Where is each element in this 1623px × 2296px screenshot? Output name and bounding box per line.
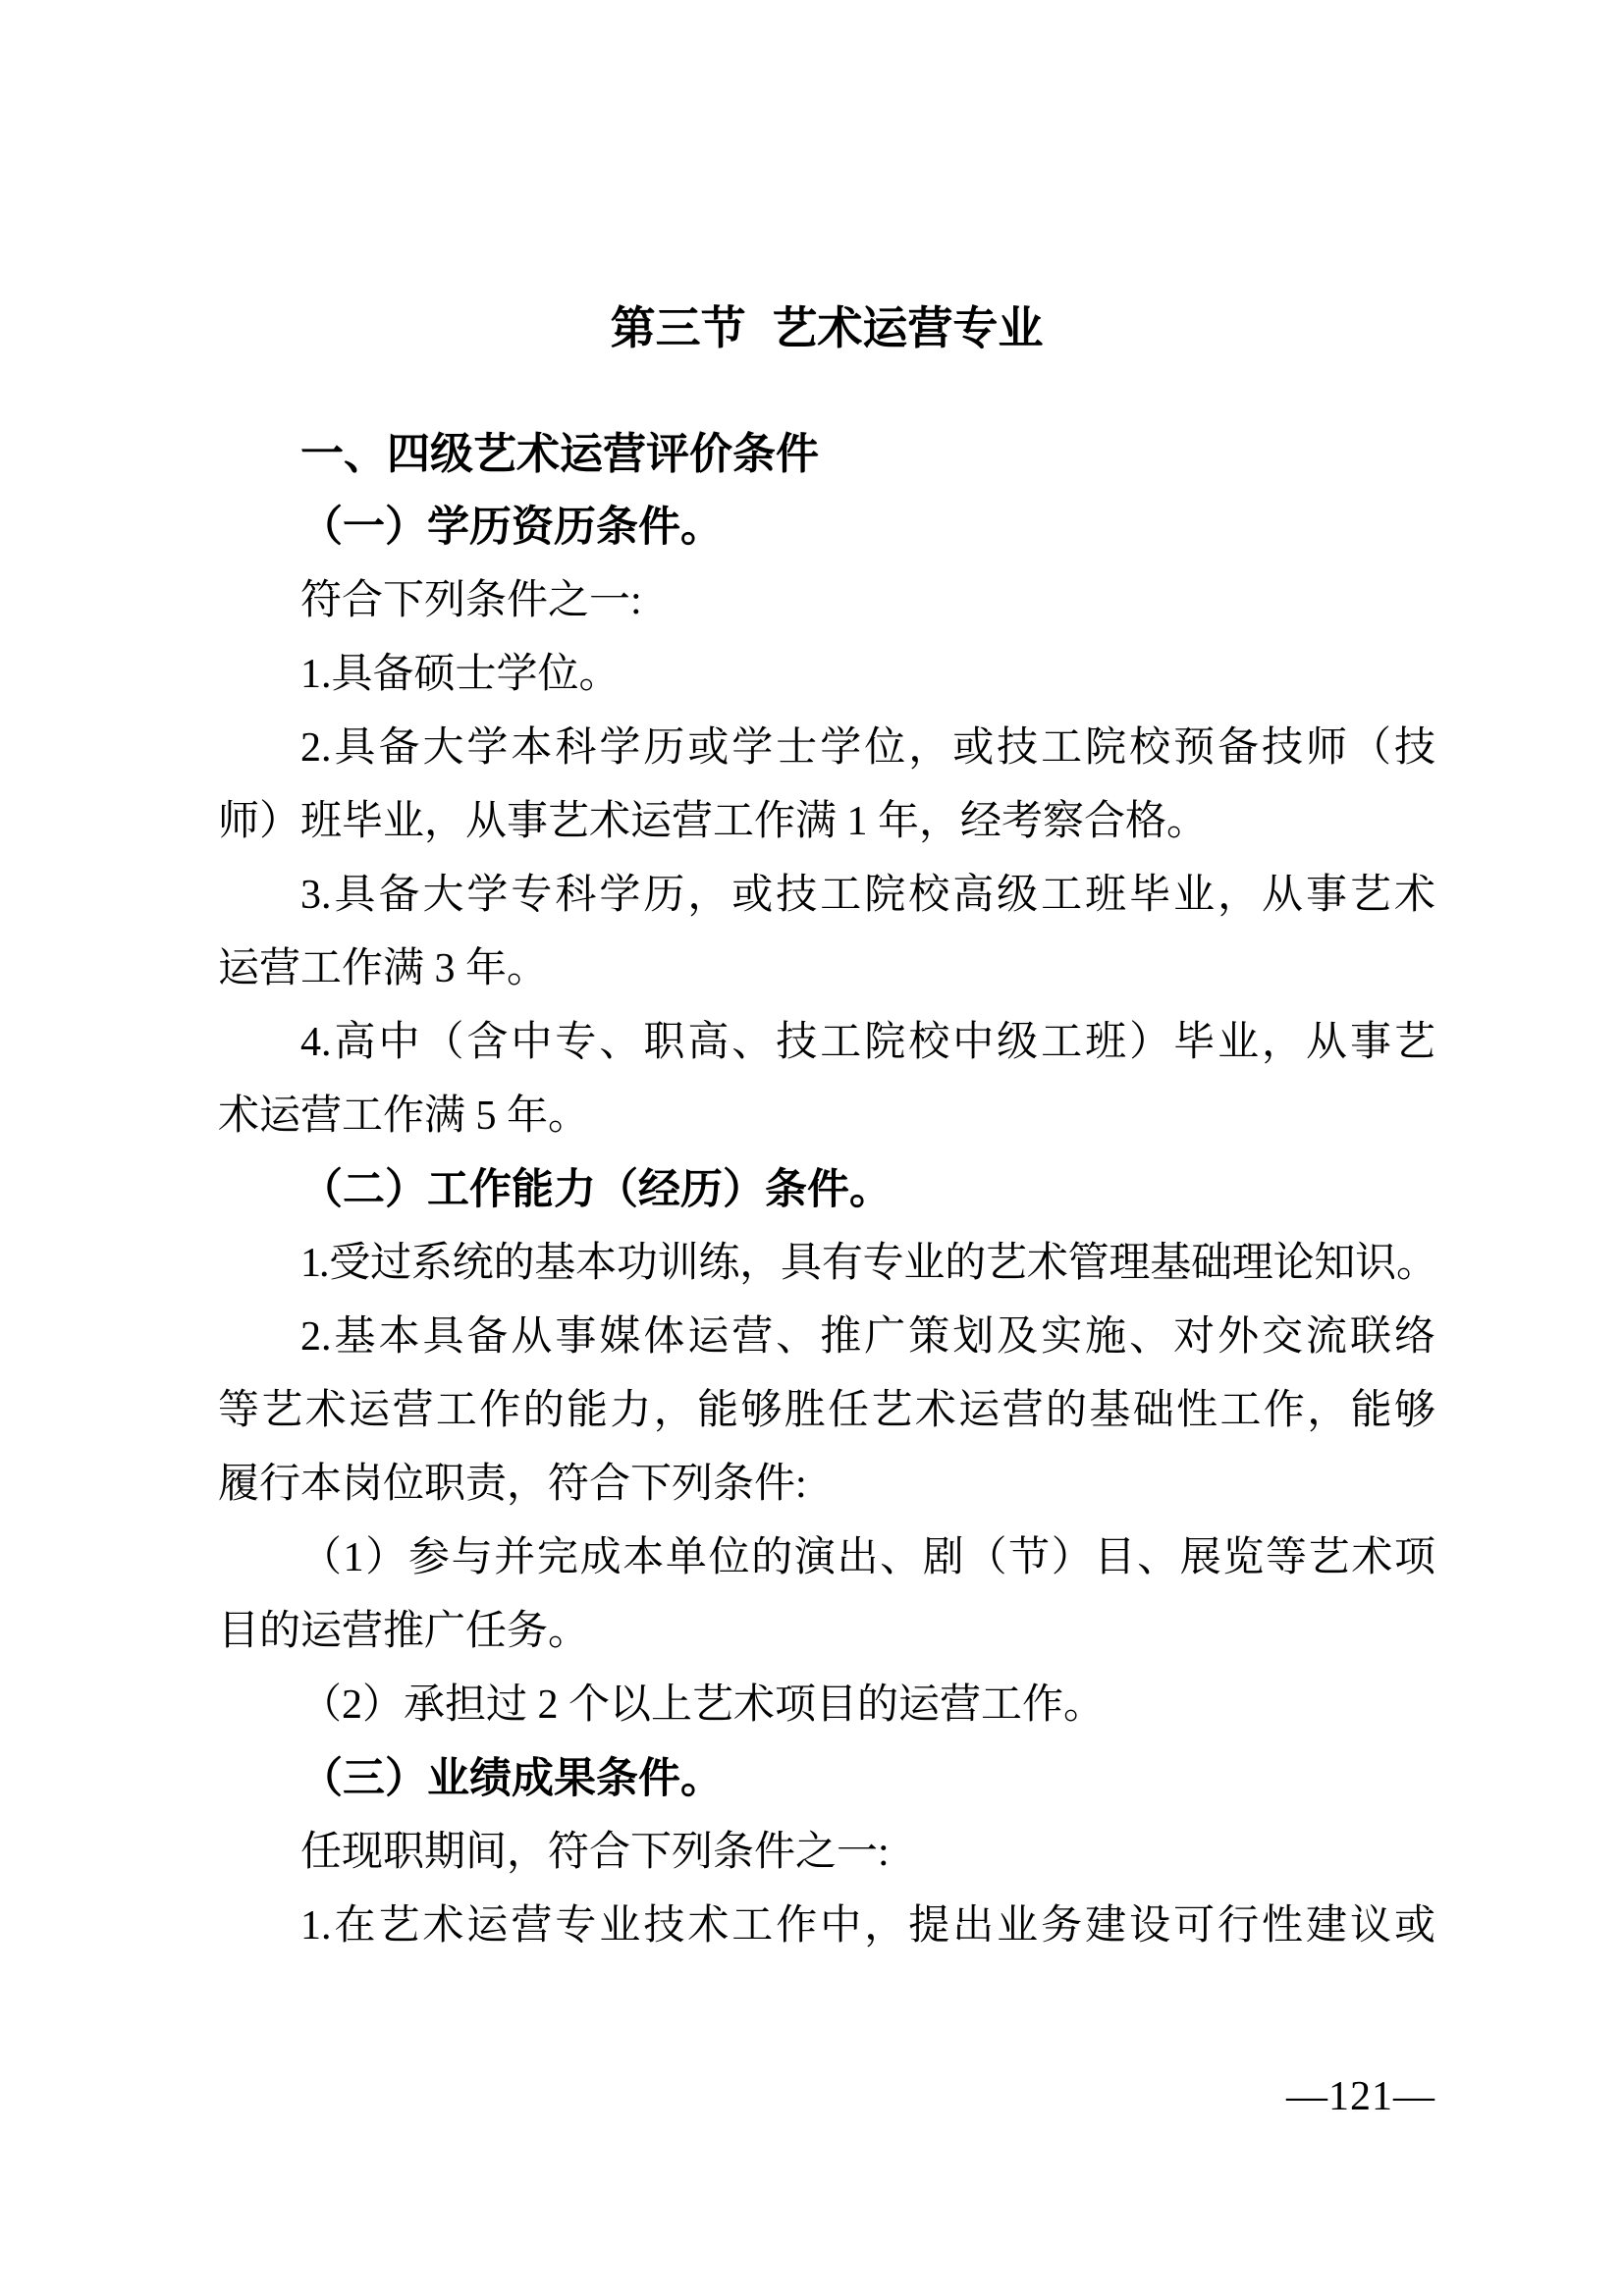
- page-number: —121—: [1286, 2073, 1435, 2120]
- text-block: 第三节 艺术运营专业 一、四级艺术运营评价条件 （一）学历资历条件。 符合下列条…: [218, 292, 1435, 1963]
- line-education-item-3b: 运营工作满 3 年。: [218, 933, 1435, 1006]
- line-ability-sub-1b: 目的运营推广任务。: [218, 1595, 1435, 1669]
- line-education-item-2a: 2.具备大学本科学历或学士学位，或技工院校预备技师（技: [218, 712, 1435, 785]
- line-education-item-4b: 术运营工作满 5 年。: [218, 1080, 1435, 1153]
- line-education-item-2b: 师）班毕业，从事艺术运营工作满 1 年，经考察合格。: [218, 785, 1435, 859]
- line-ability-sub-1a: （1）参与并完成本单位的演出、剧（节）目、展览等艺术项: [218, 1522, 1435, 1595]
- line-education-item-4a: 4.高中（含中专、职高、技工院校中级工班）毕业，从事艺: [218, 1006, 1435, 1080]
- line-ability-sub-2: （2）承担过 2 个以上艺术项目的运营工作。: [218, 1669, 1435, 1742]
- line-education-item-1: 1.具备硕士学位。: [218, 638, 1435, 712]
- line-ability-item-2c: 履行本岗位职责，符合下列条件:: [218, 1448, 1435, 1522]
- line-performance-intro: 任现职期间，符合下列条件之一:: [218, 1816, 1435, 1890]
- line-ability-item-2b: 等艺术运营工作的能力，能够胜任艺术运营的基础性工作，能够: [218, 1374, 1435, 1448]
- heading-level4-eval-conditions: 一、四级艺术运营评价条件: [218, 417, 1435, 491]
- heading-performance-conditions: （三）业绩成果条件。: [218, 1742, 1435, 1816]
- line-education-intro: 符合下列条件之一:: [218, 564, 1435, 638]
- line-ability-item-2a: 2.基本具备从事媒体运营、推广策划及实施、对外交流联络: [218, 1301, 1435, 1374]
- heading-education-conditions: （一）学历资历条件。: [218, 491, 1435, 564]
- line-education-item-3a: 3.具备大学专科学历，或技工院校高级工班毕业，从事艺术: [218, 859, 1435, 933]
- line-ability-item-1: 1.受过系统的基本功训练，具有专业的艺术管理基础理论知识。: [218, 1227, 1435, 1301]
- heading-work-ability-conditions: （二）工作能力（经历）条件。: [218, 1153, 1435, 1227]
- document-page: 第三节 艺术运营专业 一、四级艺术运营评价条件 （一）学历资历条件。 符合下列条…: [0, 0, 1623, 2296]
- line-performance-item-1a: 1.在艺术运营专业技术工作中，提出业务建设可行性建议或: [218, 1890, 1435, 1963]
- section-title: 第三节 艺术运营专业: [218, 292, 1435, 365]
